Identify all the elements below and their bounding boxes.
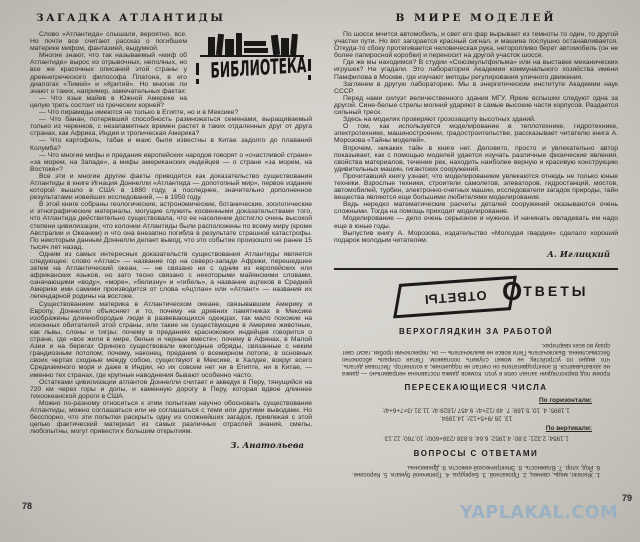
- logo-border-tick: [196, 63, 199, 75]
- scanned-magazine-spread: ЗАГАДКА АТЛАНТИДЫ БИБЛИОТЕКА Слово «Атла…: [0, 0, 640, 542]
- paragraph: О том, как используется моделирование в …: [334, 123, 618, 144]
- paragraph: Выпустив книгу А. Морозова, издательство…: [334, 230, 618, 244]
- right-page-number: 79: [622, 493, 632, 503]
- answers-section1-upside-down-text: Кроем под Верхоглядкин загнал себя в уго…: [342, 341, 610, 376]
- logo-border-tick: [196, 79, 199, 84]
- answers-logo-box: ОТВЕТЫ: [393, 276, 517, 319]
- paragraph: Где же мы находимся? В студии «Союзмульт…: [334, 59, 618, 80]
- answers-logo: ОТВЕТЫ О ТВЕТЫ: [334, 276, 618, 320]
- paragraph: Прочитавший книгу узнает, что моделирова…: [334, 173, 618, 201]
- paragraph: По шоссе мчится автомобиль, и свет его ф…: [334, 31, 618, 59]
- answers-logo-upright-word: О ТВЕТЫ: [502, 278, 589, 304]
- right-author-signature: А. Иглицкий: [334, 250, 618, 260]
- library-logo-word: БИБЛИОТЕКА: [210, 54, 295, 84]
- watermark: YAPLAKAL.COM: [460, 503, 618, 523]
- down-label: По вертикали:: [334, 425, 592, 432]
- left-author-signature: З. Анатольева: [30, 441, 312, 451]
- paragraph: Ведь нередко математические расчеты дета…: [334, 201, 618, 215]
- answers-logo-flipped-word: ОТВЕТЫ: [423, 288, 487, 307]
- across-answers-line: 13. 26 /9+5+12/; 14.1894.: [334, 414, 618, 422]
- across-label: По горизонтали:: [334, 397, 592, 404]
- paragraph: Можно по-разному относиться к этим попыт…: [30, 400, 312, 435]
- paragraph: Все эти и многие другие факты приводятся…: [30, 173, 312, 201]
- paragraph: Остатками цивилизации атлантов Доннелли …: [30, 379, 312, 400]
- paragraph: Перед нами силуэт величественного здания…: [334, 95, 618, 116]
- across-answers-line: 1.1895; 4. 10; 5.169; 7. 49 /12×4/; 9.45…: [334, 406, 618, 414]
- right-page: В МИРЕ МОДЕЛЕЙ По шоссе мчится автомобил…: [334, 0, 618, 477]
- logo-border-tick: [308, 59, 311, 71]
- paragraph: Моделирование — дело очень серьезное и н…: [334, 215, 618, 229]
- paragraph: Впрочем, никаких тайн в книге нет. Делов…: [334, 145, 618, 173]
- paragraph: Здесь на моделях проверяют грозозащиту в…: [334, 116, 618, 123]
- down-answers-line: 1.1954; 2.321; 3.80; 4.1952; 6.64; 8.838…: [334, 434, 618, 442]
- paragraph: Заглянем в другую лабораторию. Мы в энер…: [334, 81, 618, 95]
- answers-section3-heading: ВОПРОСЫ С ОТВЕТАМИ: [334, 449, 618, 458]
- paragraph: Одним из самых интересных доказательств …: [30, 251, 312, 301]
- paragraph: В этой книге собраны геологические, астр…: [30, 201, 312, 251]
- right-article-title: В МИРЕ МОДЕЛЕЙ: [334, 12, 618, 24]
- left-page: ЗАГАДКА АТЛАНТИДЫ БИБЛИОТЕКА Слово «Атла…: [30, 0, 312, 451]
- paragraph: — Что банан, потерявший способность разм…: [30, 116, 312, 137]
- section-divider: [334, 268, 618, 271]
- paragraph: — Что картофель, табак и маис были извес…: [30, 137, 312, 151]
- library-logo: БИБЛИОТЕКА: [194, 31, 312, 103]
- answers-section3-upside-down-text: 1. Железо, медь, свинец. 2. Прокатной. 3…: [352, 463, 600, 477]
- answers-logo-big-letter: О: [502, 278, 522, 304]
- paragraph: Существованием материка в Атлантическом …: [30, 301, 312, 379]
- left-article-title: ЗАГАДКА АТЛАНТИДЫ: [36, 12, 312, 24]
- paragraph: — Что многие мифы и предания европейских…: [30, 152, 312, 173]
- left-page-number: 78: [22, 501, 32, 511]
- answers-section1-heading: ВЕРХОГЛЯДКИН ЗА РАБОТОЙ: [334, 327, 618, 336]
- answers-section2-heading: ПЕРЕСЕКАЮЩИЕСЯ ЧИСЛА: [334, 383, 618, 392]
- answers-logo-word-rest: ТВЕТЫ: [523, 283, 588, 299]
- logo-border-tick: [308, 75, 311, 80]
